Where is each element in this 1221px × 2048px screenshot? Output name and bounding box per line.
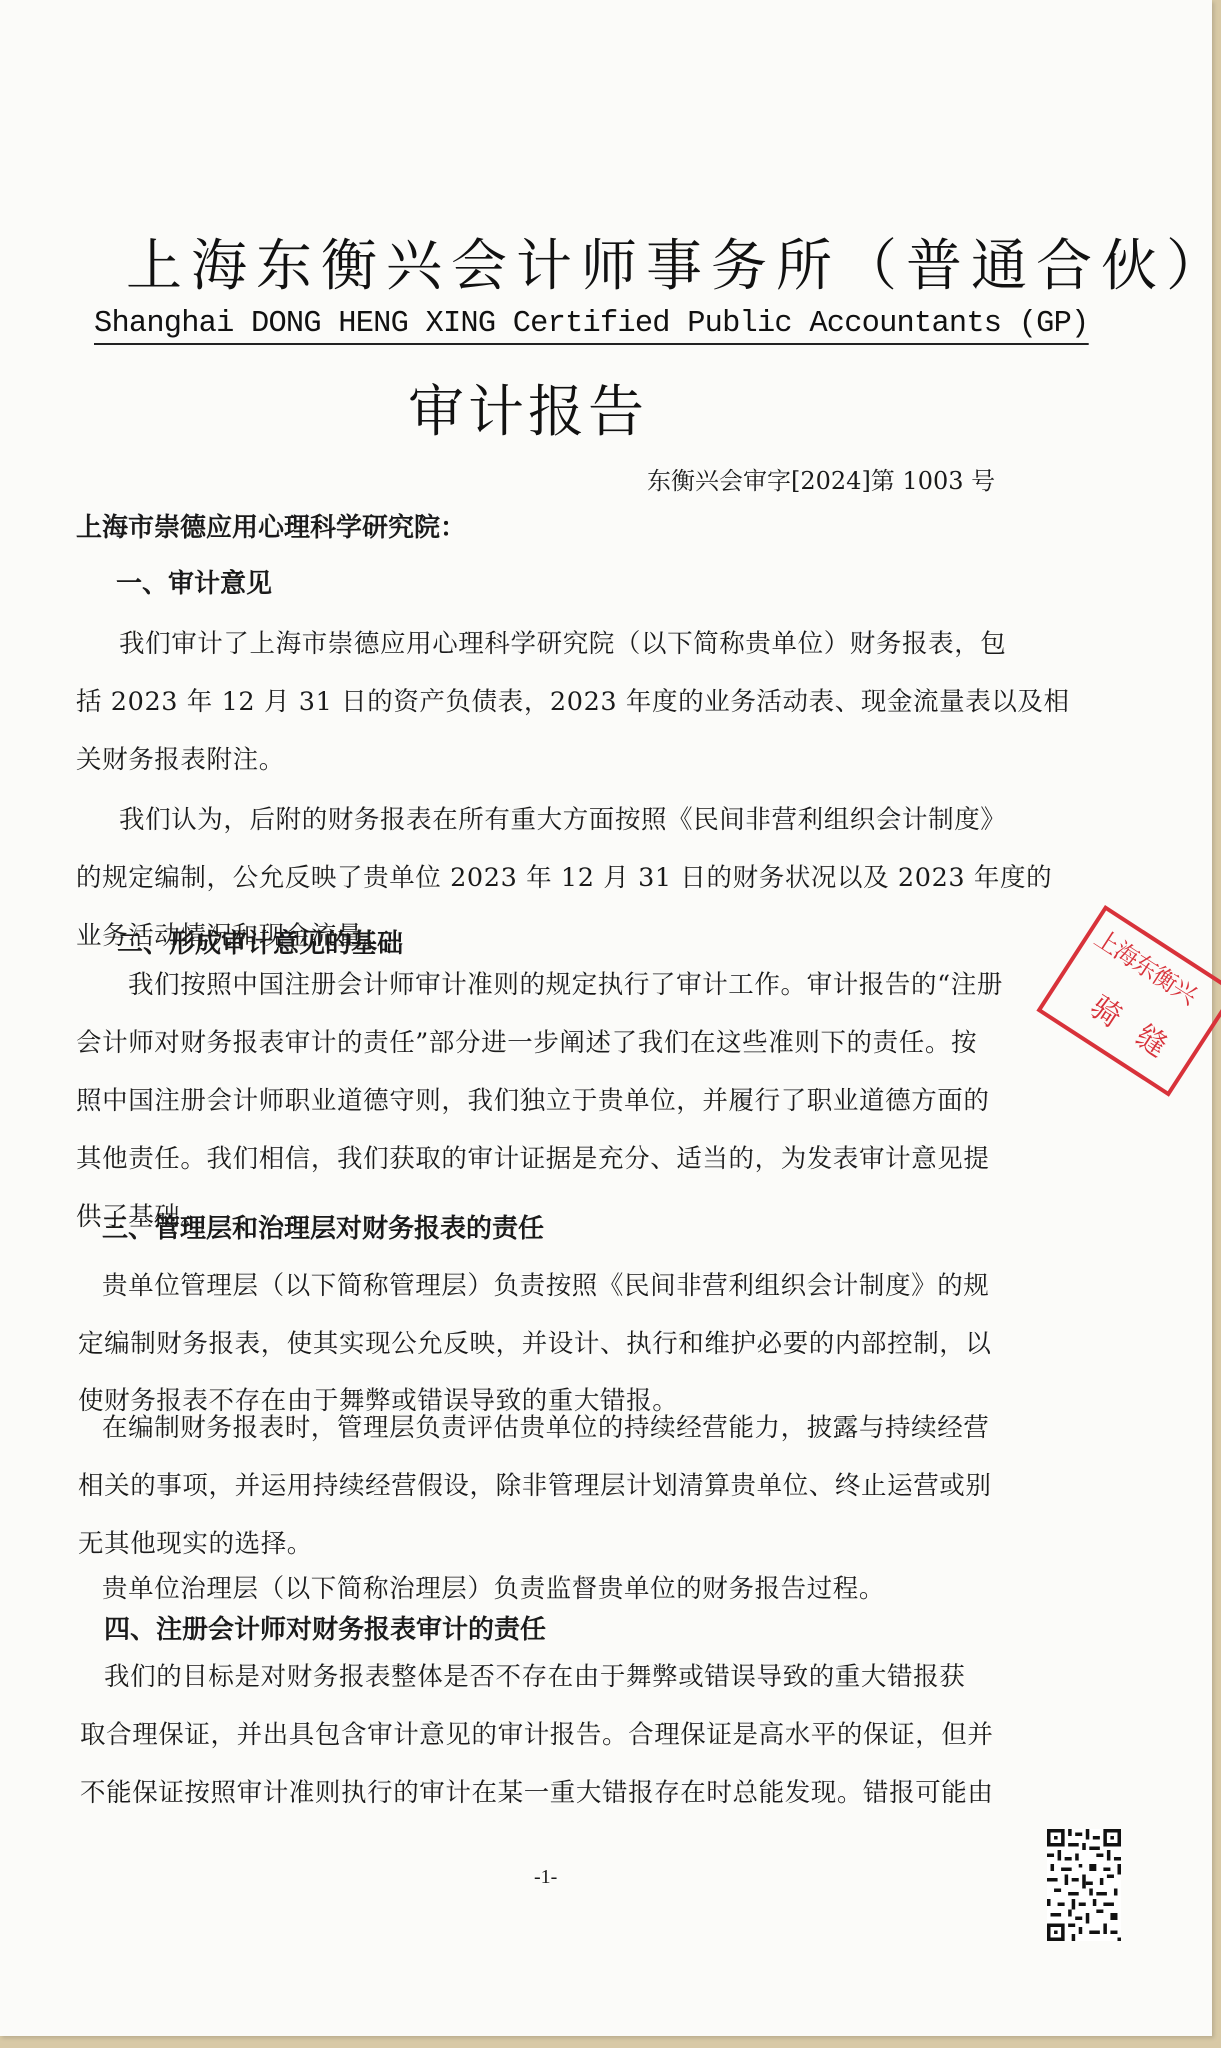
paragraph-line: 照中国注册会计师职业道德守则，我们独立于贵单位，并履行了职业道德方面的	[76, 1081, 990, 1117]
firm-name-chinese: 上海东衡兴会计师事务所（普通合伙）	[126, 222, 1221, 302]
section-heading-basis-for-opinion: 二、形成审计意见的基础	[117, 923, 403, 960]
section-heading-auditor-responsibility: 四、注册会计师对财务报表审计的责任	[104, 1609, 546, 1646]
section-heading-audit-opinion: 一、审计意见	[116, 563, 272, 600]
seam-stamp: 上海东衡兴 骑缝	[1036, 905, 1221, 1097]
section-heading-management-responsibility: 三、管理层和治理层对财务报表的责任	[102, 1208, 544, 1245]
paragraph-line: 的规定编制，公允反映了贵单位 2023 年 12 月 31 日的财务状况以及 2…	[76, 858, 1052, 894]
page-number: -1-	[534, 1866, 557, 1889]
paragraph-line: 无其他现实的选择。	[78, 1524, 313, 1560]
paragraph-line: 贵单位管理层（以下简称管理层）负责按照《民间非营利组织会计制度》的规	[102, 1266, 989, 1302]
paragraph-line: 我们认为，后附的财务报表在所有重大方面按照《民间非营利组织会计制度》	[119, 800, 1006, 836]
paragraph-line: 会计师对财务报表审计的责任”部分进一步阐述了我们在这些准则下的责任。按	[76, 1023, 977, 1059]
qr-code-icon	[1047, 1829, 1121, 1941]
paragraph-line: 我们审计了上海市崇德应用心理科学研究院（以下简称贵单位）财务报表，包	[119, 624, 1006, 660]
paragraph-line: 不能保证按照审计准则执行的审计在某一重大错报存在时总能发现。错报可能由	[80, 1773, 994, 1809]
paragraph-line: 相关的事项，并运用持续经营假设，除非管理层计划清算贵单位、终止运营或别	[78, 1466, 992, 1502]
paragraph-line: 定编制财务报表，使其实现公允反映，并设计、执行和维护必要的内部控制，以	[78, 1324, 992, 1360]
reference-number: 东衡兴会审字[2024]第 1003 号	[647, 461, 995, 496]
paragraph-line: 我们的目标是对财务报表整体是否不存在由于舞弊或错误导致的重大错报获	[104, 1657, 965, 1693]
paragraph-line: 贵单位治理层（以下简称治理层）负责监督贵单位的财务报告过程。	[102, 1569, 885, 1605]
document-page: 上海东衡兴会计师事务所（普通合伙） Shanghai DONG HENG XIN…	[0, 0, 1212, 2036]
paragraph-line: 在编制财务报表时，管理层负责评估贵单位的持续经营能力，披露与持续经营	[102, 1408, 989, 1444]
paragraph-line: 其他责任。我们相信，我们获取的审计证据是充分、适当的，为发表审计意见提	[76, 1139, 990, 1175]
firm-name-english: Shanghai DONG HENG XING Certified Public…	[94, 306, 1088, 345]
paragraph-line: 取合理保证，并出具包含审计意见的审计报告。合理保证是高水平的保证，但并	[80, 1715, 994, 1751]
addressee: 上海市崇德应用心理科学研究院：	[76, 507, 466, 544]
paragraph-line: 关财务报表附注。	[76, 740, 285, 776]
paragraph-line: 我们按照中国注册会计师审计准则的规定执行了审计工作。审计报告的“注册	[128, 965, 1003, 1001]
report-title: 审计报告	[408, 368, 648, 448]
paragraph-line: 括 2023 年 12 月 31 日的资产负债表，2023 年度的业务活动表、现…	[76, 682, 1070, 718]
